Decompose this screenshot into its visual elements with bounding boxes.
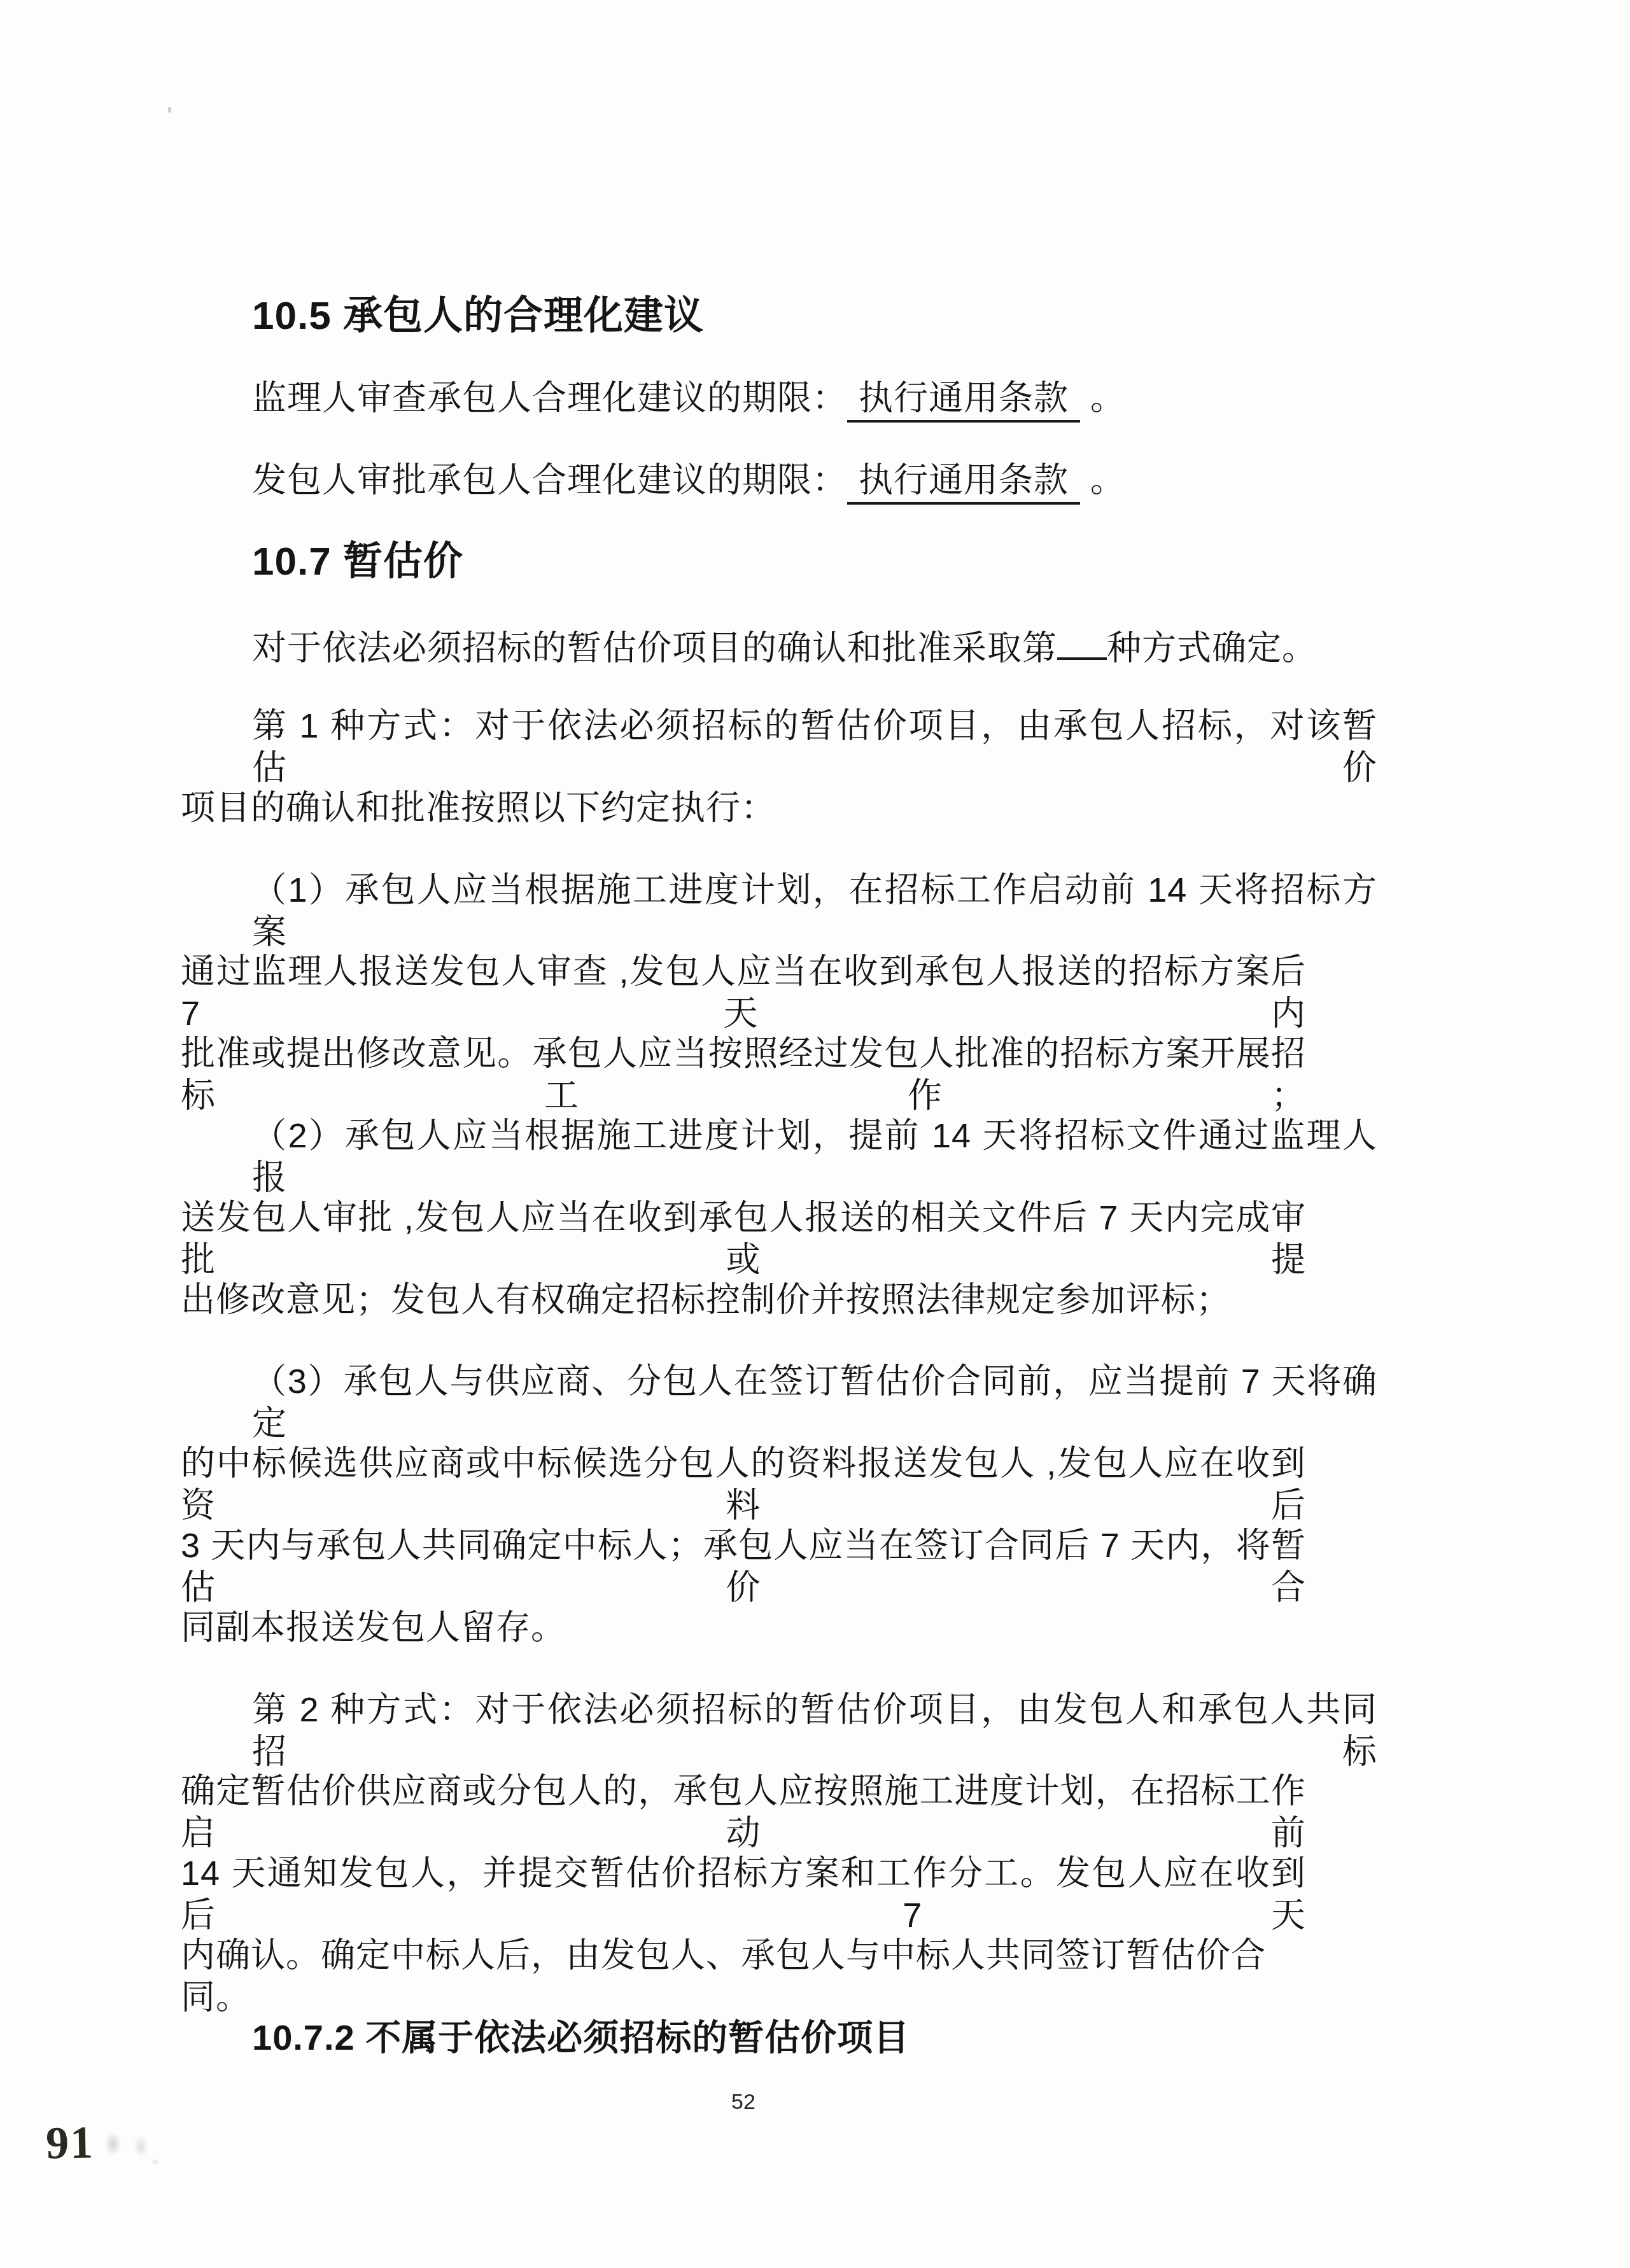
scan-speck: [168, 107, 171, 113]
text-segment: 10.7.2 不属于依法必须招标的暂估价项目: [252, 2017, 910, 2057]
line-method1-cont: 项目的确认和批准按照以下约定执行：: [181, 787, 1306, 829]
text-segment: 3 天内与承包人共同确定中标人；承包人应当在签订合同后 7 天内，将暂估价合: [181, 1527, 1306, 1607]
line-item1-cont2: 批准或提出修改意见。承包人应当按照经过发包人批准的招标方案开展招标工作；: [181, 1033, 1306, 1117]
filled-in-value: 执行通用条款: [847, 461, 1080, 505]
text-segment: 10.7 暂估价: [252, 540, 463, 584]
line-item3-cont3: 同副本报送发包人留存。: [181, 1607, 1306, 1649]
page-number: 52: [181, 2090, 1306, 2115]
corner-stamp-number: 91: [45, 2116, 94, 2169]
text-segment: 项目的确认和批准按照以下约定执行：: [181, 789, 776, 827]
line-item1-cont1: 通过监理人报送发包人审查 ,发包人应当在收到承包人报送的招标方案后 7 天内: [181, 951, 1306, 1035]
text-segment: （2）承包人应当根据施工进度计划，提前 14 天将招标文件通过监理人报: [252, 1117, 1377, 1197]
text-segment: （1）承包人应当根据施工进度计划，在招标工作启动前 14 天将招标方案: [252, 871, 1377, 951]
heading-10-7: 10.7 暂估价: [181, 541, 1377, 583]
text-segment: 。: [1080, 461, 1125, 500]
text-segment: 第 2 种方式：对于依法必须招标的暂估价项目，由发包人和承包人共同招标: [252, 1691, 1377, 1771]
line-item3-cont1: 的中标候选供应商或中标候选分包人的资料报送发包人 ,发包人应在收到资料后: [181, 1443, 1306, 1527]
line-item2-start: （2）承包人应当根据施工进度计划，提前 14 天将招标文件通过监理人报: [181, 1115, 1377, 1199]
text-segment: （3）承包人与供应商、分包人在签订暂估价合同前，应当提前 7 天将确定: [252, 1362, 1377, 1443]
text-segment: 出修改意见；发包人有权确定招标控制价并按照法律规定参加评标；: [181, 1281, 1231, 1319]
line-item1-start: （1）承包人应当根据施工进度计划，在招标工作启动前 14 天将招标方案: [181, 869, 1377, 953]
text-segment: 监理人审查承包人合理化建议的期限：: [252, 379, 847, 417]
text-segment: 发包人审批承包人合理化建议的期限：: [252, 461, 847, 500]
heading-10-5: 10.5 承包人的合理化建议: [181, 295, 1377, 337]
line-item2-cont2: 出修改意见；发包人有权确定招标控制价并按照法律规定参加评标；: [181, 1279, 1306, 1321]
text-segment: 的中标候选供应商或中标候选分包人的资料报送发包人 ,发包人应在收到资料后: [181, 1445, 1306, 1525]
line-method2-start: 第 2 种方式：对于依法必须招标的暂估价项目，由发包人和承包人共同招标: [181, 1689, 1377, 1773]
text-segment: 批准或提出修改意见。承包人应当按照经过发包人批准的招标方案开展招标工作；: [181, 1035, 1306, 1115]
line-method2-cont2: 14 天通知发包人，并提交暂估价招标方案和工作分工。发包人应在收到后 7 天: [181, 1852, 1306, 1936]
text-segment: 对于依法必须招标的暂估价项目的确认和批准采取第: [252, 629, 1057, 668]
scanned-contract-page: 10.5 承包人的合理化建议监理人审查承包人合理化建议的期限：执行通用条款 。发…: [0, 0, 1630, 2268]
line-item2-cont1: 送发包人审批 ,发包人应当在收到承包人报送的相关文件后 7 天内完成审批或提: [181, 1197, 1306, 1281]
text-segment: 种方式确定。: [1107, 629, 1317, 668]
line-item3-start: （3）承包人与供应商、分包人在签订暂估价合同前，应当提前 7 天将确定: [181, 1361, 1377, 1445]
blank-underline: [1057, 623, 1107, 660]
heading-10-7-2: 10.7.2 不属于依法必须招标的暂估价项目: [181, 2017, 1377, 2059]
text-segment: 确定暂估价供应商或分包人的，承包人应按照施工进度计划，在招标工作启动前: [181, 1772, 1306, 1852]
ink-smudge: [95, 2124, 165, 2169]
filled-in-value: 执行通用条款: [847, 379, 1080, 423]
line-supervisor-review-period: 监理人审查承包人合理化建议的期限：执行通用条款 。: [181, 377, 1377, 419]
line-method-selection: 对于依法必须招标的暂估价项目的确认和批准采取第种方式确定。: [181, 623, 1377, 669]
line-employer-approval-period: 发包人审批承包人合理化建议的期限：执行通用条款 。: [181, 459, 1377, 501]
text-segment: 。: [1080, 379, 1125, 417]
text-segment: 内确认。确定中标人后，由发包人、承包人与中标人共同签订暂估价合同。: [181, 1936, 1266, 2017]
text-segment: 送发包人审批 ,发包人应当在收到承包人报送的相关文件后 7 天内完成审批或提: [181, 1199, 1306, 1279]
text-segment: 10.5 承包人的合理化建议: [252, 294, 704, 338]
text-segment: 同副本报送发包人留存。: [181, 1609, 566, 1647]
line-method2-cont1: 确定暂估价供应商或分包人的，承包人应按照施工进度计划，在招标工作启动前: [181, 1770, 1306, 1854]
text-segment: 第 1 种方式：对于依法必须招标的暂估价项目，由承包人招标，对该暂估价: [252, 707, 1377, 787]
text-segment: 14 天通知发包人，并提交暂估价招标方案和工作分工。发包人应在收到后 7 天: [181, 1854, 1306, 1935]
line-method2-cont3: 内确认。确定中标人后，由发包人、承包人与中标人共同签订暂估价合同。: [181, 1935, 1306, 2019]
line-method1-start: 第 1 种方式：对于依法必须招标的暂估价项目，由承包人招标，对该暂估价: [181, 705, 1377, 789]
line-item3-cont2: 3 天内与承包人共同确定中标人；承包人应当在签订合同后 7 天内，将暂估价合: [181, 1525, 1306, 1609]
text-segment: 通过监理人报送发包人审查 ,发包人应当在收到承包人报送的招标方案后 7 天内: [181, 953, 1306, 1033]
